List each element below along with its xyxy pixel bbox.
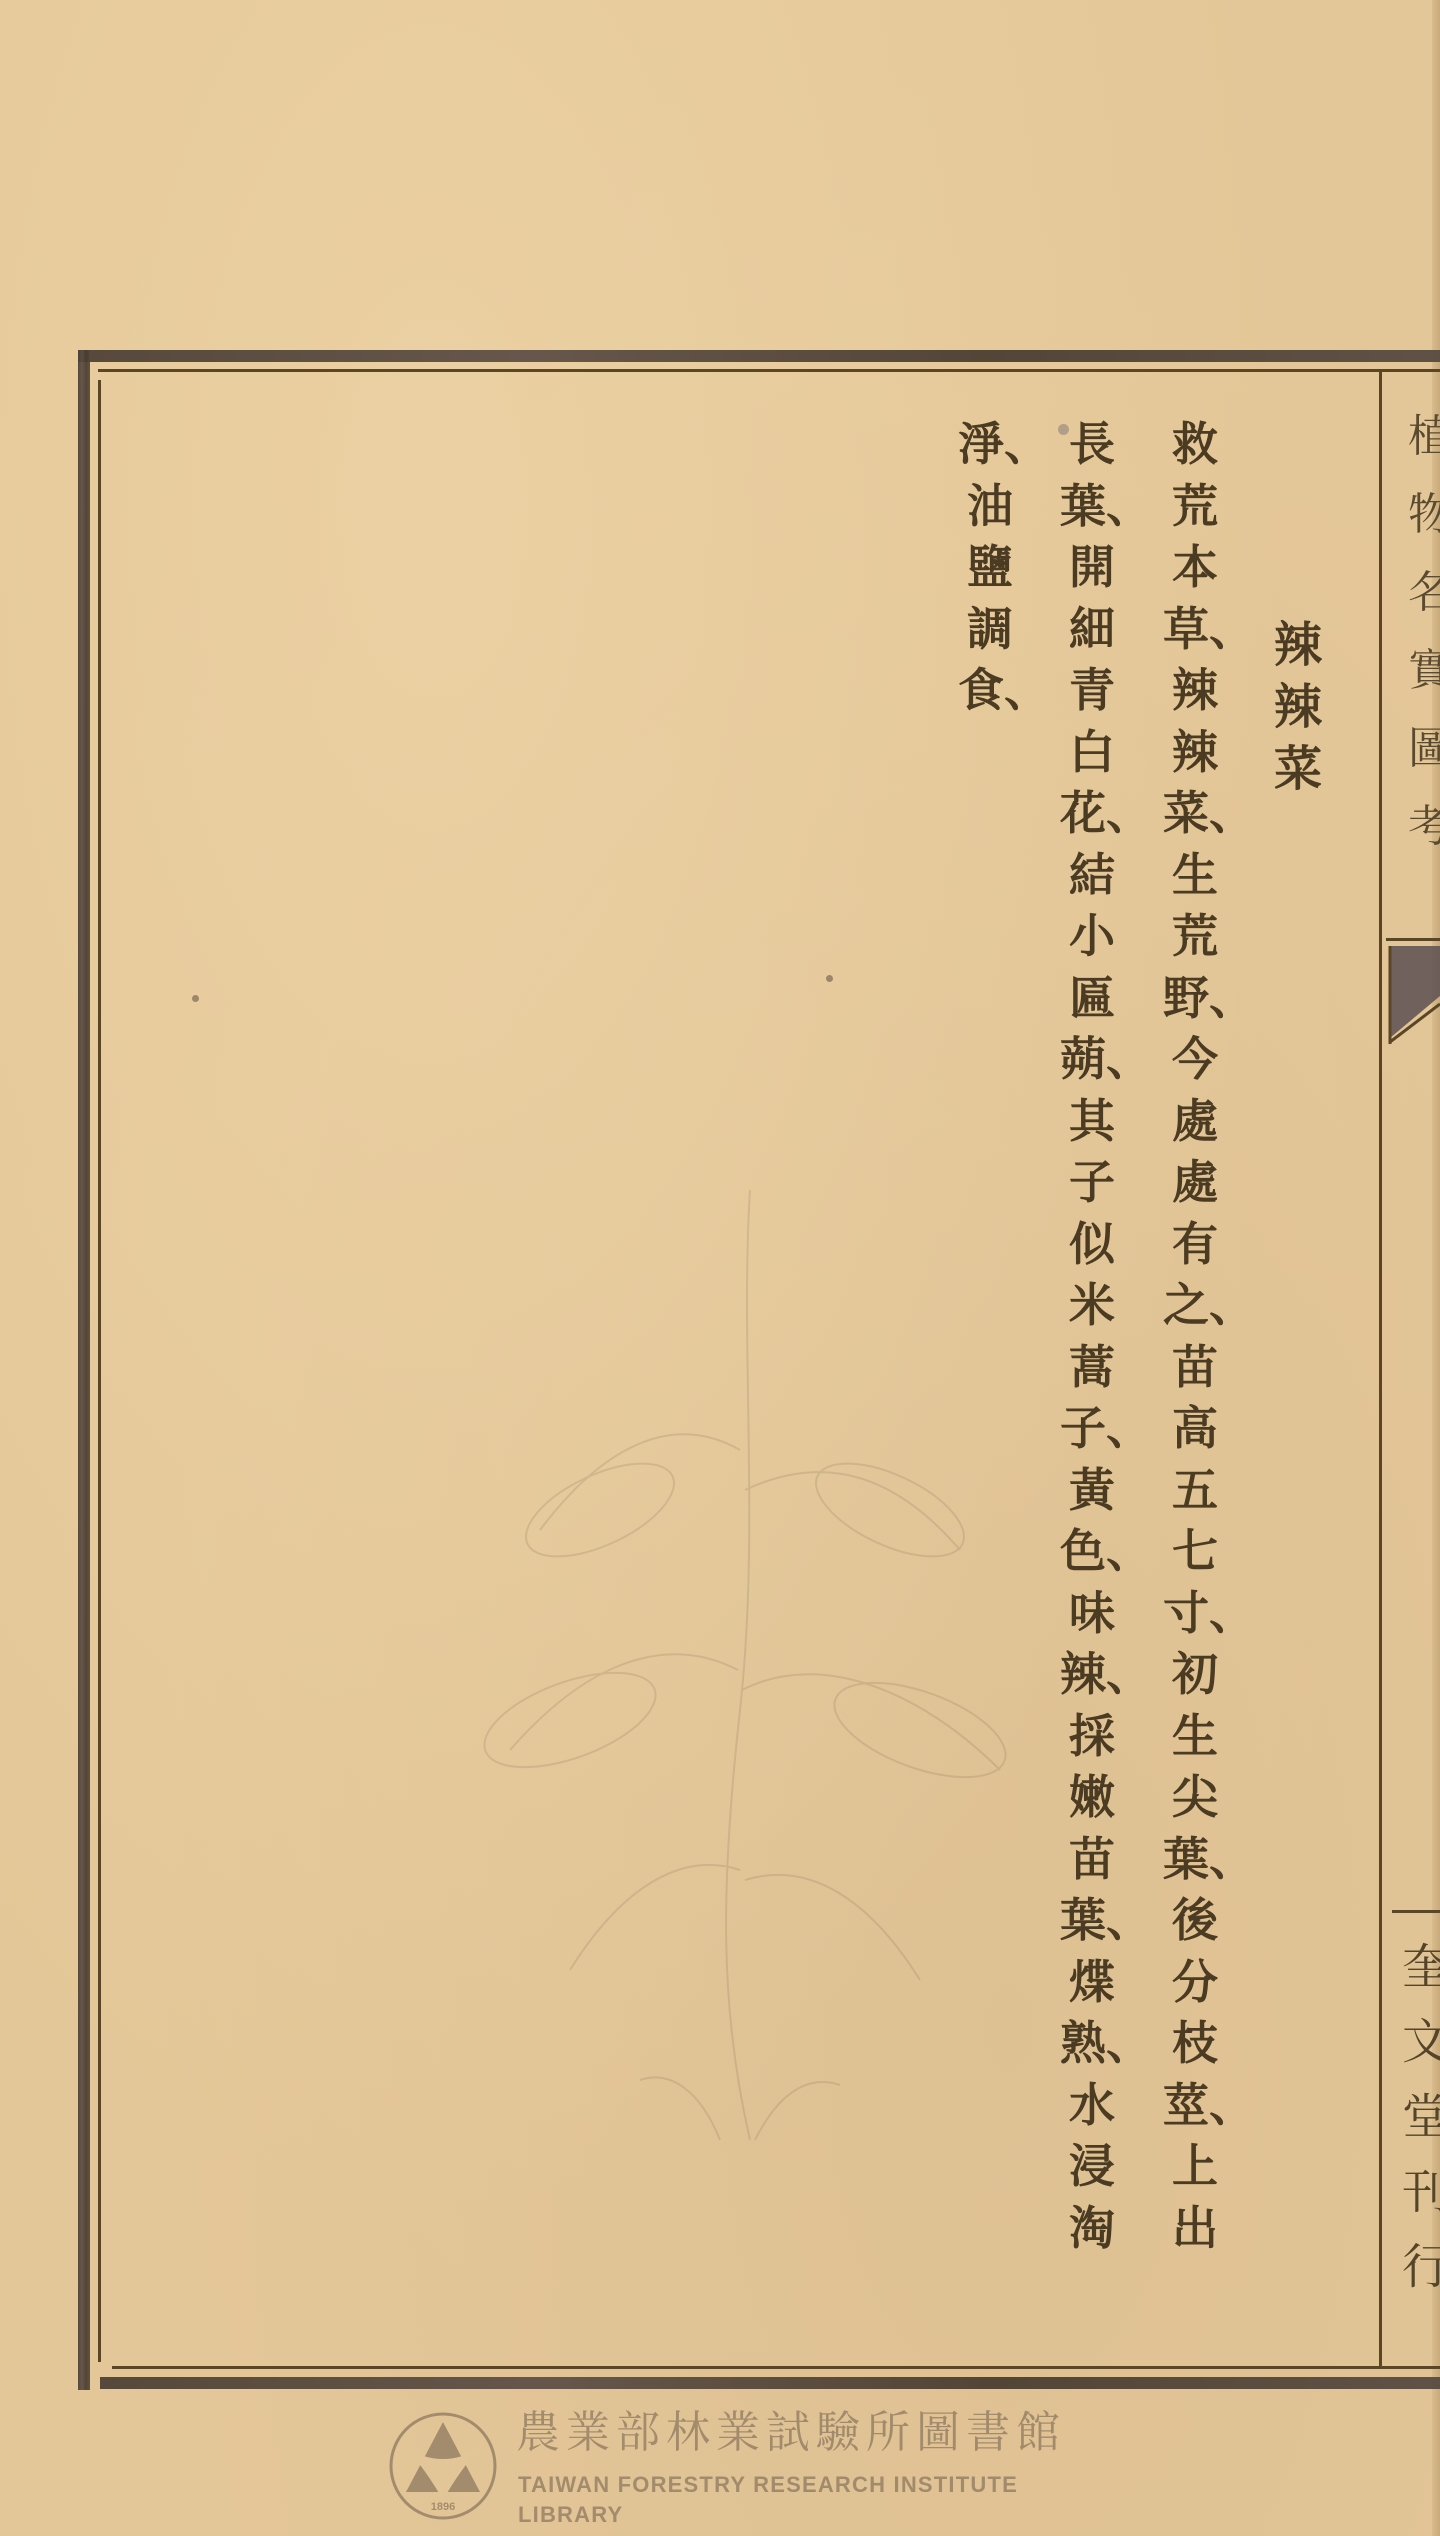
text-char: 今 [1163,1029,1227,1091]
library-name-chinese: 農業部林業試驗所圖書館 [516,2400,1066,2466]
text-char: 結 [1060,845,1124,907]
margin-char: 物 [1398,476,1440,554]
text-char: 鹽 [958,537,1022,599]
text-char: 苗 [1163,1337,1227,1399]
frame-left-thick [78,350,90,2390]
text-char: 細 [1060,599,1124,661]
text-char: 救 [1163,414,1227,476]
frame-top-thin [98,369,1440,372]
text-char: 生 [1163,1706,1227,1768]
text-char: 淘 [1060,2198,1124,2260]
text-char: 高 [1163,1398,1227,1460]
svg-text:1896: 1896 [431,2501,455,2513]
frame-bottom-thick [100,2377,1440,2389]
text-char: 葉、 [1060,476,1124,538]
imprint-char: 奎 [1394,1930,1440,2005]
text-char: 辣、 [1060,1644,1124,1706]
text-char: 浸 [1060,2136,1124,2198]
text-char: 子 [1060,1152,1124,1214]
imprint-char: 行 [1394,2230,1440,2305]
text-char: 野、 [1163,968,1227,1030]
margin-char: 名 [1398,554,1440,632]
imprint-char: 刊 [1394,2155,1440,2230]
text-char: 本 [1163,537,1227,599]
paper-speck [826,975,833,982]
text-char: 米 [1060,1275,1124,1337]
plant-illustration-showthrough-icon [420,1150,1060,2150]
text-char: 油 [958,476,1022,538]
text-char: 食、 [958,660,1022,722]
center-column-divider [1379,372,1382,2366]
text-char: 上 [1163,2136,1227,2198]
fishtail-mark-icon [1388,938,1440,1048]
text-char: 蒴、 [1060,1029,1124,1091]
text-char: 出 [1163,2198,1227,2260]
text-char: 色、 [1060,1521,1124,1583]
text-column-2: 長 葉、 開 細 青 白 花、 結 小 匾 蒴、 其 子 似 米 蒿 子、 黃 … [1060,414,1124,2259]
text-column-1: 救 荒 本 草、 辣 辣 菜、 生 荒 野、 今 處 處 有 之、 苗 高 五 … [1163,414,1227,2259]
text-char: 處 [1163,1152,1227,1214]
text-char: 苗 [1060,1829,1124,1891]
text-char: 後 [1163,1890,1227,1952]
tfri-emblem-icon: 1896 [380,2400,506,2526]
title-char: 辣 [1266,614,1330,676]
text-char: 之、 [1163,1275,1227,1337]
frame-left-thin [98,380,101,2362]
text-char: 調 [958,599,1022,661]
margin-publisher-imprint: 奎 文 堂 刊 行 [1394,1930,1440,2305]
text-char: 初 [1163,1644,1227,1706]
text-char: 小 [1060,906,1124,968]
text-char: 尖 [1163,1767,1227,1829]
text-char: 淨、 [958,414,1022,476]
text-char: 菜、 [1163,783,1227,845]
library-name-english: TAIWAN FORESTRY RESEARCH INSTITUTE LIBRA… [518,2470,1080,2500]
text-char: 五 [1163,1460,1227,1522]
text-char: 青 [1060,660,1124,722]
text-char: 七 [1163,1521,1227,1583]
margin-divider-rule [1392,1910,1440,1913]
paper-speck [1058,424,1069,435]
text-char: 寸、 [1163,1583,1227,1645]
text-char: 荒 [1163,906,1227,968]
text-char: 草、 [1163,599,1227,661]
frame-top-thick [78,350,1440,362]
text-char: 葉、 [1060,1890,1124,1952]
margin-book-title: 植 物 名 實 圖 考 [1398,398,1440,866]
text-char: 其 [1060,1091,1124,1153]
text-char: 匾 [1060,968,1124,1030]
imprint-char: 文 [1394,2005,1440,2080]
text-char: 水 [1060,2075,1124,2137]
text-char: 子、 [1060,1398,1124,1460]
text-char: 枝 [1163,2013,1227,2075]
title-char: 菜 [1266,738,1330,800]
margin-char: 植 [1398,398,1440,476]
text-char: 生 [1163,845,1227,907]
text-char: 味 [1060,1583,1124,1645]
text-char: 白 [1060,722,1124,784]
text-char: 荒 [1163,476,1227,538]
text-char: 辣 [1163,660,1227,722]
text-char: 煠 [1060,1952,1124,2014]
text-char: 熟、 [1060,2013,1124,2075]
title-char: 辣 [1266,676,1330,738]
margin-char: 實 [1398,632,1440,710]
text-char: 分 [1163,1952,1227,2014]
entry-title: 辣 辣 菜 [1266,614,1330,800]
text-char: 嫩 [1060,1767,1124,1829]
text-char: 處 [1163,1091,1227,1153]
text-char: 開 [1060,537,1124,599]
margin-char: 考 [1398,788,1440,866]
text-char: 長 [1060,414,1124,476]
library-watermark: 1896 農業部林業試驗所圖書館 TAIWAN FORESTRY RESEARC… [380,2400,1080,2536]
text-char: 黃 [1060,1460,1124,1522]
text-char: 有 [1163,1214,1227,1276]
text-char: 莖、 [1163,2075,1227,2137]
paper-speck [192,995,199,1002]
margin-char: 圖 [1398,710,1440,788]
text-char: 採 [1060,1706,1124,1768]
frame-bottom-thin [112,2366,1440,2369]
text-column-3: 淨、 油 鹽 調 食、 [958,414,1022,722]
imprint-char: 堂 [1394,2080,1440,2155]
text-char: 似 [1060,1214,1124,1276]
text-char: 蒿 [1060,1337,1124,1399]
text-char: 葉、 [1163,1829,1227,1891]
text-char: 花、 [1060,783,1124,845]
text-char: 辣 [1163,722,1227,784]
